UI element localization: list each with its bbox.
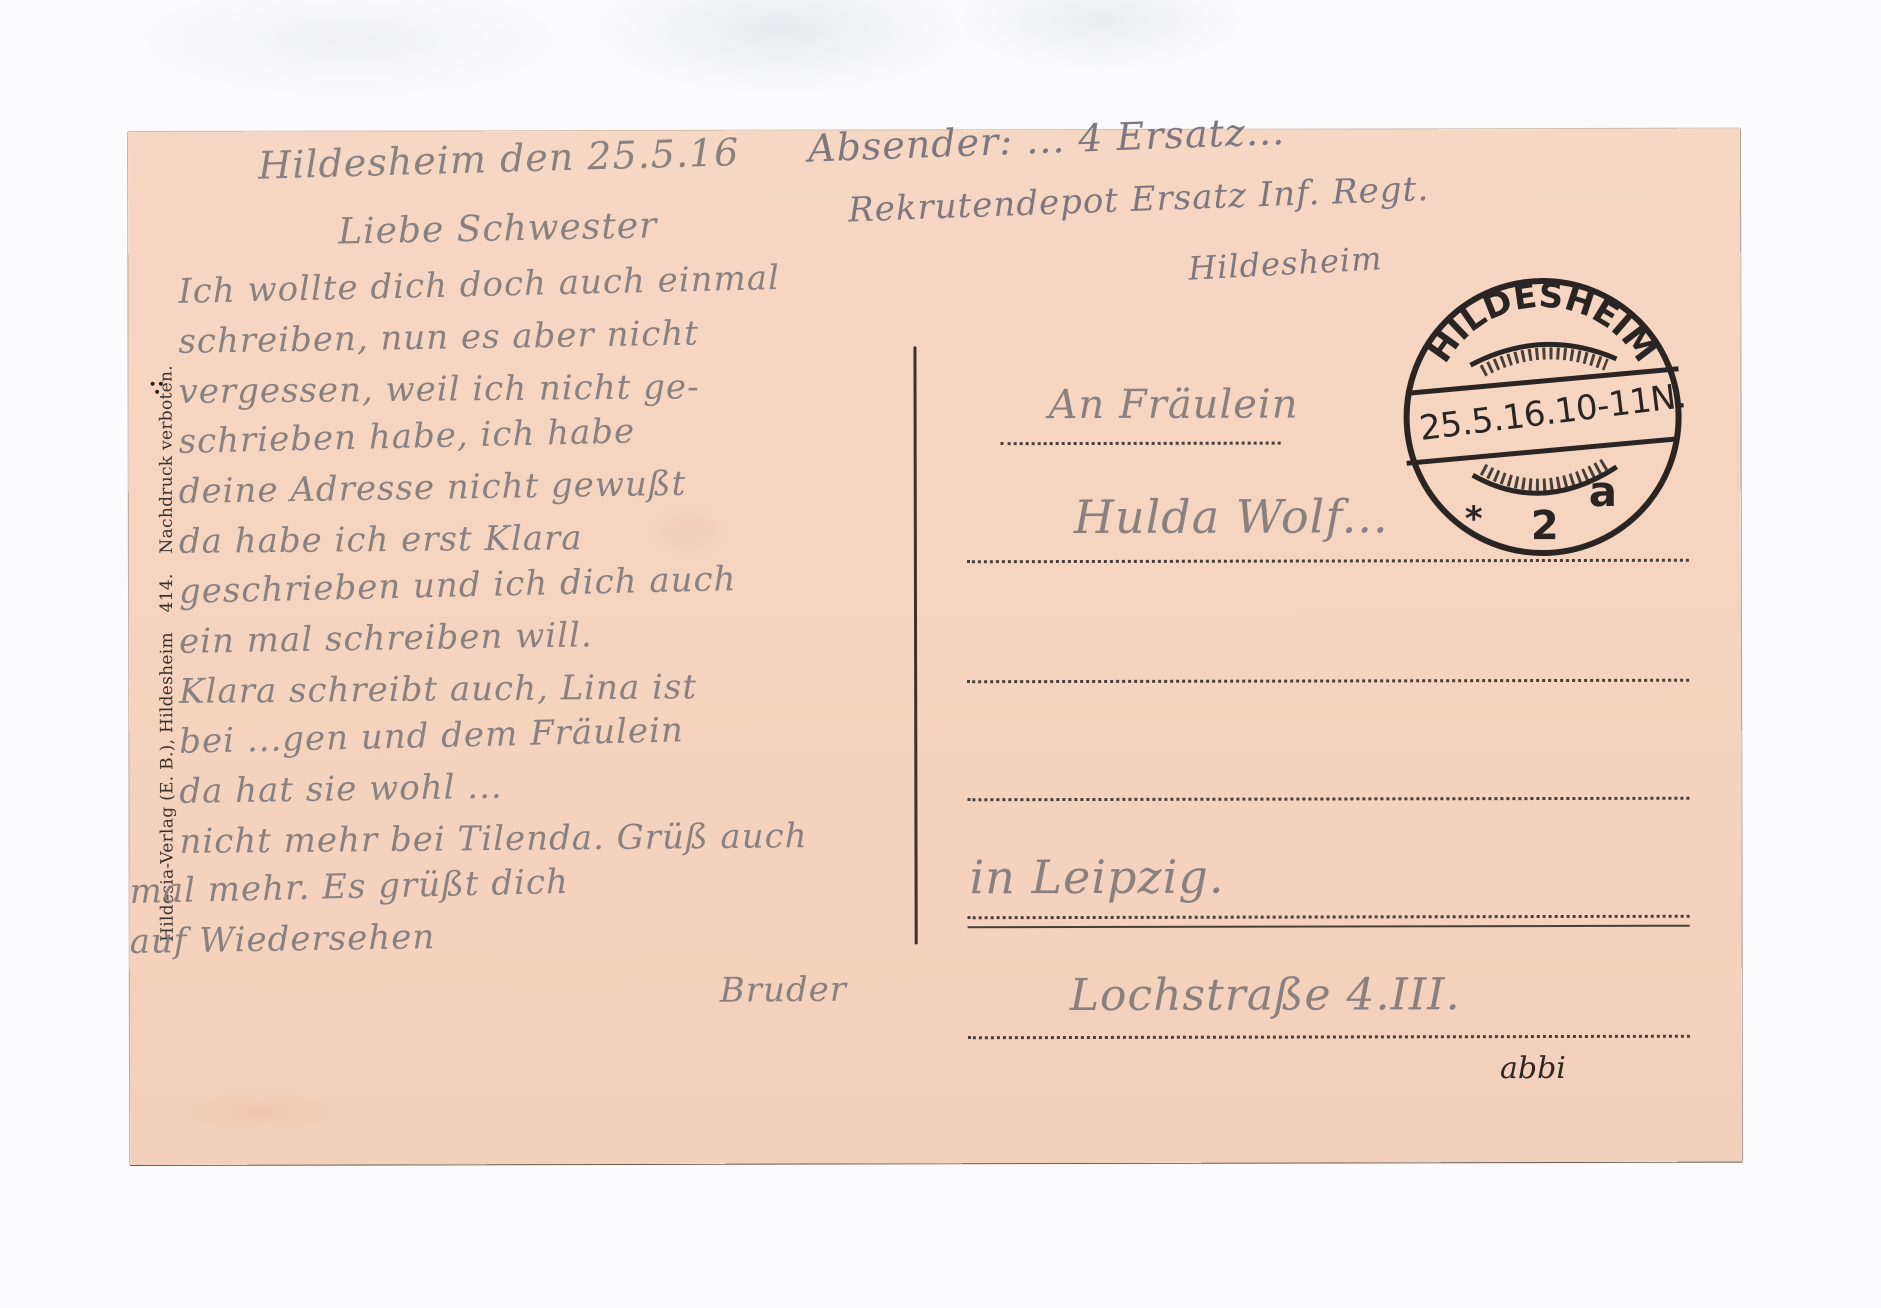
message-line: nicht mehr bei Tilenda. Grüß auch [179, 816, 807, 862]
postmark: HILDESHEIM 25.5.16.10-11N. * 2 a [1392, 267, 1693, 568]
address-line-5a [968, 915, 1690, 920]
recipient-name: Hulda Wolf... [1074, 489, 1389, 544]
message-line: da hat sie wohl ... [179, 767, 503, 812]
recipient-salutation: An Fräulein [1049, 382, 1299, 429]
address-line-3 [967, 679, 1689, 684]
place-date: Hildesheim den 25.5.16 [257, 130, 739, 188]
postmark-office-number: 2 [1531, 503, 1559, 549]
address-line-4 [967, 797, 1689, 802]
center-divider [913, 346, 917, 944]
card-number: 414. [157, 573, 177, 612]
message-line: Ich wollte dich doch auch einmal [178, 258, 780, 312]
imprint-dots: •• • [149, 381, 166, 397]
postmark-letter: a [1589, 467, 1617, 516]
message-line: geschrieben und ich dich auch [179, 559, 737, 612]
message-line: bei ...gen und dem Fräulein [179, 710, 684, 762]
publisher-imprint: Hildesia-Verlag (E. B.), Hildesheim 414.… [156, 122, 178, 942]
recipient-city: in Leipzig. [970, 850, 1225, 905]
message-line: Klara schreibt auch, Lina ist [179, 667, 697, 712]
message-line: Bruder [720, 970, 848, 1011]
message-line: auf Wiedersehen [129, 917, 435, 962]
address-line-1 [1001, 442, 1281, 446]
postmark-star: * [1465, 499, 1483, 539]
message-line: mal mehr. Es grüßt dich [129, 862, 569, 912]
sender-note-line-2: Rekrutendepot Ersatz Inf. Regt. [847, 169, 1429, 230]
message-line: ein mal schreiben will. [179, 615, 593, 662]
sender-note-line-3: Hildesheim [1187, 239, 1383, 288]
message-line: schrieben habe, ich habe [178, 411, 635, 462]
svg-text:HILDESHEIM: HILDESHEIM [1419, 275, 1665, 370]
message-line: deine Adresse nicht gewußt [178, 464, 686, 512]
message-line: schreiben, nun es aber nicht [178, 314, 699, 362]
postcard: Hildesia-Verlag (E. B.), Hildesheim 414.… [128, 129, 1742, 1165]
salutation: Liebe Schwester [338, 205, 658, 252]
address-line-6 [968, 1035, 1690, 1040]
address-line-5b [968, 925, 1690, 929]
ink-annotation: abbi [1500, 1051, 1566, 1086]
recipient-street: Lochstraße 4.III. [1070, 969, 1461, 1021]
message-line: da habe ich erst Klara [179, 518, 583, 562]
message-line: vergessen, weil ich nicht ge- [178, 367, 699, 412]
